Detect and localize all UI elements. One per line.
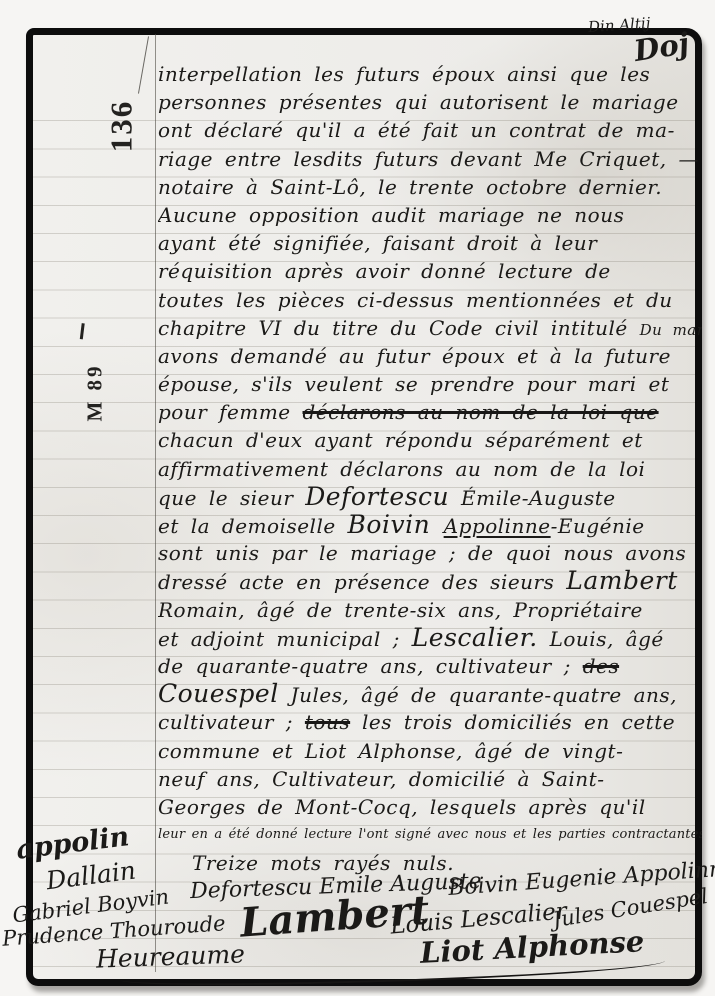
text-segment: commune et Liot Alphonse, âgé de vingt- [158, 739, 623, 763]
text-segment: sont unis par le mariage ; de quoi nous … [158, 541, 686, 565]
text-line: ont déclaré qu'il a été fait un contrat … [158, 116, 702, 144]
text-line: dressé acte en présence des sieurs Lambe… [158, 567, 702, 595]
text-segment: avons demandé au futur époux et à la fut… [158, 344, 671, 368]
text-line: Aucune opposition audit mariage ne nous [158, 201, 702, 229]
text-line: Georges de Mont-Cocq, lesquels après qu'… [158, 793, 702, 821]
text-line: interpellation les futurs époux ainsi qu… [158, 60, 702, 88]
text-segment: Louis, âgé [538, 627, 664, 651]
text-line: et la demoiselle Boivin Appolinne-Eugéni… [158, 511, 702, 539]
text-line: de quarante-quatre ans, cultivateur ; de… [158, 652, 702, 680]
text-line: Couespel Jules, âgé de quarante-quatre a… [158, 680, 702, 708]
scanned-document-page: 136 M 89 Din Altij Doj interpellation le… [0, 0, 715, 996]
text-segment: Couespel [158, 680, 279, 708]
text-segment: que le sieur [158, 486, 305, 510]
text-segment: ayant été signifiée, faisant droit à leu… [158, 231, 597, 255]
text-segment: neuf ans, Cultivateur, domicilié à Saint… [158, 767, 604, 791]
text-segment: affirmativement déclarons au nom de la l… [158, 457, 645, 481]
text-line: Romain, âgé de trente-six ans, Propriéta… [158, 596, 702, 624]
text-segment: les trois domiciliés en cette [350, 710, 675, 734]
text-segment: toutes les pièces ci-dessus mentionnées … [158, 288, 673, 312]
struck-words: déclarons au nom de la loi que [303, 400, 659, 424]
margin-rule [155, 34, 156, 972]
text-line: chacun d'eux ayant répondu séparément et [158, 426, 702, 454]
text-line: épouse, s'ils veulent se prendre pour ma… [158, 370, 702, 398]
text-line: sont unis par le mariage ; de quoi nous … [158, 539, 702, 567]
text-segment: Boivin [348, 511, 444, 539]
text-line: ayant été signifiée, faisant droit à leu… [158, 229, 702, 257]
text-segment: chacun d'eux ayant répondu séparément et [158, 428, 643, 452]
text-segment: Aucune opposition audit mariage ne nous [158, 203, 624, 227]
text-segment: chapitre VI du titre du Code civil intit… [158, 316, 640, 340]
registry-mark-stamp: M 89 [83, 363, 108, 421]
signature-officiant: Heureaume [96, 939, 246, 973]
page-number-stamp: 136 [103, 100, 139, 153]
text-segment: leur en a été donné lecture l'ont signé … [158, 827, 702, 842]
text-segment: et la demoiselle [158, 514, 348, 538]
struck-words: tous [305, 710, 350, 734]
text-line: avons demandé au futur époux et à la fut… [158, 342, 702, 370]
text-segment: Georges de Mont-Cocq, lesquels après qu'… [158, 795, 646, 819]
text-segment: ont déclaré qu'il a été fait un contrat … [158, 118, 675, 142]
text-segment: riage entre lesdits futurs devant Me Cri… [158, 147, 699, 171]
text-line: neuf ans, Cultivateur, domicilié à Saint… [158, 765, 702, 793]
text-segment: Appolinne [444, 514, 551, 538]
text-line: riage entre lesdits futurs devant Me Cri… [158, 145, 702, 173]
text-segment: réquisition après avoir donné lecture de [158, 259, 611, 283]
text-segment: notaire à Saint-Lô, le trente octobre de… [158, 175, 662, 199]
text-line: commune et Liot Alphonse, âgé de vingt- [158, 737, 702, 765]
text-segment: Émile-Auguste [449, 486, 615, 510]
text-segment: de quarante-quatre ans, cultivateur ; [158, 654, 583, 678]
text-line: pour femme déclarons au nom de la loi qu… [158, 398, 702, 426]
text-segment: Lescalier. [412, 624, 538, 652]
text-segment: pour femme [158, 400, 303, 424]
text-line: chapitre VI du titre du Code civil intit… [158, 314, 702, 342]
text-segment: dressé acte en présence des sieurs [158, 570, 566, 594]
text-line: réquisition après avoir donné lecture de [158, 257, 702, 285]
text-line: que le sieur Defortescu Émile-Auguste [158, 483, 702, 511]
text-segment: interpellation les futurs époux ainsi qu… [158, 62, 650, 86]
text-segment: -Eugénie [551, 514, 645, 538]
text-segment: Jules, âgé de quarante-quatre ans, [279, 683, 677, 707]
text-line: toutes les pièces ci-dessus mentionnées … [158, 286, 702, 314]
text-segment: épouse, s'ils veulent se prendre pour ma… [158, 372, 669, 396]
text-line: leur en a été donné lecture l'ont signé … [158, 821, 702, 849]
text-segment: et adjoint municipal ; [158, 627, 412, 651]
text-segment: Du mariage [640, 321, 702, 339]
text-segment: Romain, âgé de trente-six ans, Propriéta… [158, 598, 643, 622]
text-segment: personnes présentes qui autorisent le ma… [158, 90, 679, 114]
struck-words: des [583, 654, 619, 678]
document-body: interpellation les futurs époux ainsi qu… [158, 60, 702, 877]
text-line: cultivateur ; tous les trois domiciliés … [158, 708, 702, 736]
text-segment: cultivateur ; [158, 710, 305, 734]
text-segment: Lambert [566, 567, 678, 595]
text-line: et adjoint municipal ; Lescalier. Louis,… [158, 624, 702, 652]
text-line: notaire à Saint-Lô, le trente octobre de… [158, 173, 702, 201]
text-line: affirmativement déclarons au nom de la l… [158, 455, 702, 483]
text-line: personnes présentes qui autorisent le ma… [158, 88, 702, 116]
text-segment: Defortescu [305, 483, 449, 511]
